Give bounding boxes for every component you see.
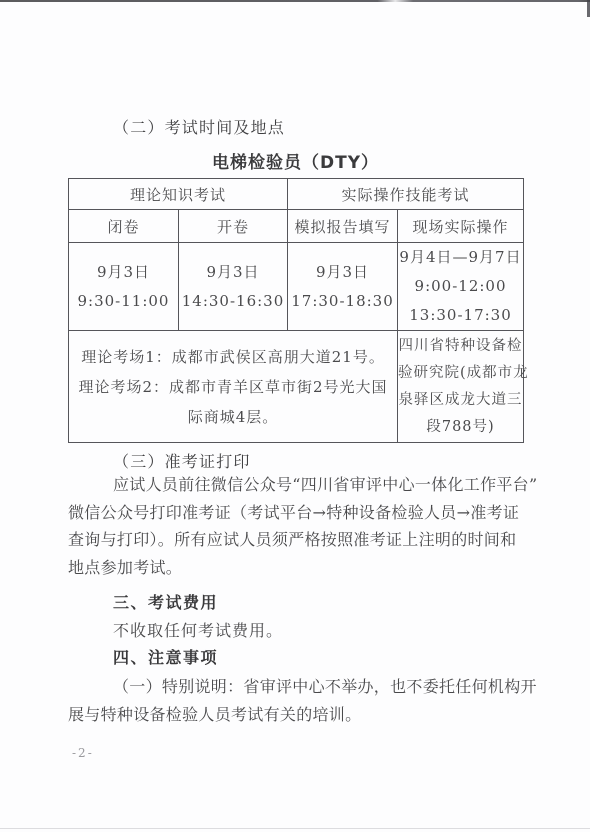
col-header-open-book: 开卷 [179,210,288,243]
venue-theory: 理论考场1：成都市武侯区高朋大道21号。理论考场2：成都市青羊区草市街2号光大国… [69,331,398,443]
fee-section-body: 不收取任何考试费用。 [68,618,523,641]
fee-section-heading: 三、考试费用 [68,590,523,613]
schedule-open-book: 9月3日14:30-16:30 [179,243,288,331]
scan-artifact-bottom-line [0,828,590,829]
admission-ticket-heading: （三）准考证打印 [68,449,523,472]
schedule-closed-book: 9月3日9:30-11:00 [69,243,179,331]
venue-practical: 四川省特种设备检验研究院(成都市龙泉驿区成龙大道三段788号) [398,331,524,443]
schedule-mock-report: 9月3日17:30-18:30 [288,243,398,331]
exam-schedule-table: 理论知识考试 实际操作技能考试 闭卷 开卷 模拟报告填写 现场实际操作 9月3日… [68,178,524,443]
schedule-onsite: 9月4日—9月7日9:00-12:0013:30-17:30 [398,243,524,331]
col-header-mock-report: 模拟报告填写 [288,210,398,243]
notes-section-heading: 四、注意事项 [68,645,523,668]
scan-artifact-top-line [0,0,590,2]
group-header-theory: 理论知识考试 [69,179,288,210]
group-header-practical: 实际操作技能考试 [288,179,524,210]
note1-paragraph: （一）特别说明：省审评中心不举办，也不委托任何机构开展与特种设备检验人员考试有关… [68,673,538,728]
section-time-place-heading: （二）考试时间及地点 [68,115,523,138]
col-header-onsite: 现场实际操作 [398,210,524,243]
exam-table-title: 电梯检验员（DTY） [68,148,523,173]
col-header-closed-book: 闭卷 [69,210,179,243]
admission-ticket-paragraph: 应试人员前往微信公众号“四川省审评中心一体化工作平台”微信公众号打印准考证（考试… [68,471,538,581]
page-number: -2- [72,746,94,760]
